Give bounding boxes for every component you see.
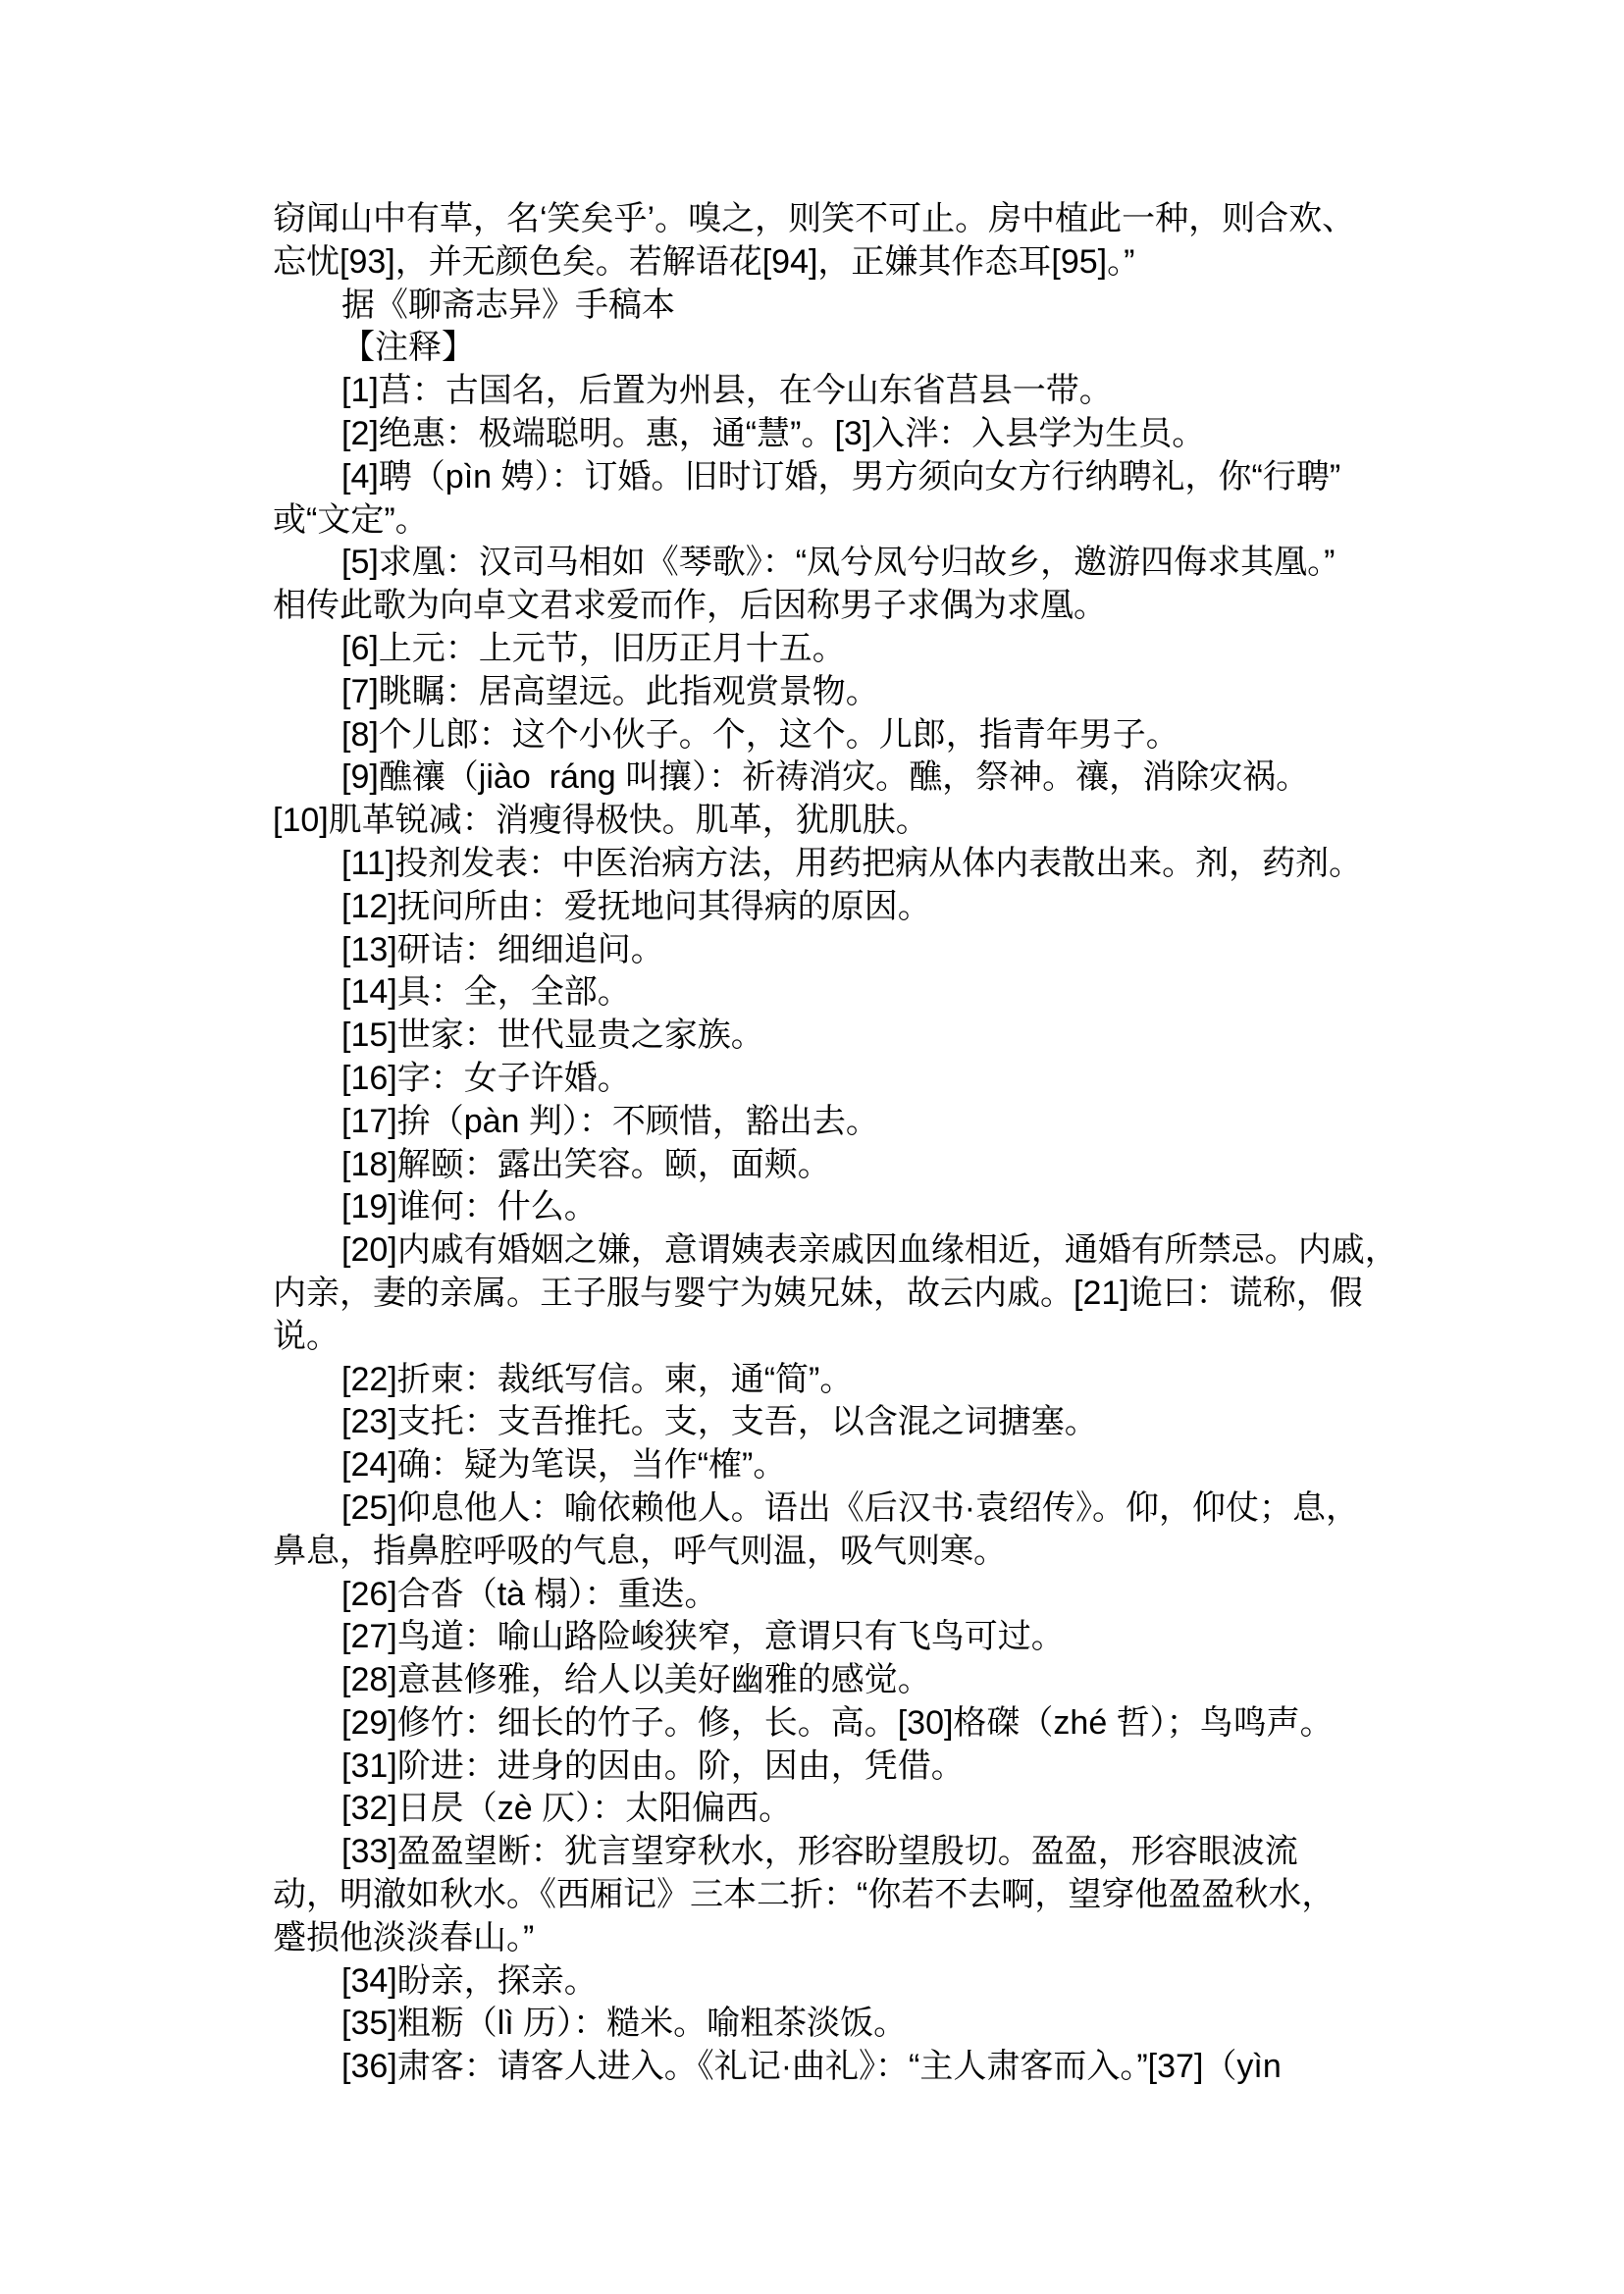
text-line: 内亲，妻的亲属。王子服与婴宁为姨兄妹，故云内戚。[21]诡曰：谎称，假: [273, 1273, 1441, 1316]
text-line: [31]阶进：进身的因由。阶，因由，凭借。: [273, 1746, 1441, 1789]
text-line: 窃闻山中有草，名‘笑矣乎’。嗅之，则笑不可止。房中植此一种，则合欢、: [273, 198, 1441, 241]
text-line: 忘忧[93]，并无颜色矣。若解语花[94]，正嫌其作态耳[95]。”: [273, 241, 1441, 285]
text-line: [13]研诘：细细追问。: [273, 929, 1441, 972]
text-line: [19]谁何：什么。: [273, 1186, 1441, 1229]
text-line: [14]具：全，全部。: [273, 971, 1441, 1015]
text-line: [6]上元：上元节，旧历正月十五。: [273, 628, 1441, 671]
text-line: [9]醮禳（jiào ráng 叫攘）：祈祷消灾。醮，祭神。禳，消除灾祸。: [273, 756, 1441, 800]
text-line: 相传此歌为向卓文君求爱而作，后因称男子求偶为求凰。: [273, 585, 1441, 628]
text-line: [2]绝惠：极端聪明。惠，通“慧”。[3]入泮：入县学为生员。: [273, 413, 1441, 456]
annotation-text-block: 窃闻山中有草，名‘笑矣乎’。嗅之，则笑不可止。房中植此一种，则合欢、忘忧[93]…: [273, 198, 1441, 2089]
text-line: [27]鸟道：喻山路险峻狭窄，意谓只有飞鸟可过。: [273, 1616, 1441, 1659]
text-line: [29]修竹：细长的竹子。修，长。高。[30]格磔（zhé 哲）；鸟鸣声。: [273, 1702, 1441, 1746]
text-line: 鼻息，指鼻腔呼吸的气息，呼气则温，吸气则寒。: [273, 1531, 1441, 1574]
text-line: [11]投剂发表：中医治病方法，用药把病从体内表散出来。剂，药剂。: [273, 843, 1441, 886]
text-line: [16]字：女子许婚。: [273, 1058, 1441, 1101]
text-line: [10]肌革锐减：消瘦得极快。肌革，犹肌肤。: [273, 800, 1441, 843]
text-line: [28]意甚修雅，给人以美好幽雅的感觉。: [273, 1659, 1441, 1702]
text-line: [4]聘（pìn 娉）：订婚。旧时订婚，男方须向女方行纳聘礼，你“行聘”: [273, 456, 1441, 499]
text-line: [32]日昃（zè 仄）：太阳偏西。: [273, 1788, 1441, 1831]
text-line: 说。: [273, 1316, 1441, 1359]
text-line: [5]求凰：汉司马相如《琴歌》：“凤兮凤兮归故乡，邀游四侮求其凰。”: [273, 542, 1441, 585]
text-line: [22]折柬：裁纸写信。柬，通“简”。: [273, 1359, 1441, 1402]
text-line: 蹙损他淡淡春山。”: [273, 1917, 1441, 1960]
text-line: [24]确：疑为笔误，当作“榷”。: [273, 1444, 1441, 1487]
text-line: [36]肃客：请客人进入。《礼记·曲礼》：“主人肃客而入。”[37]（yìn: [273, 2046, 1441, 2089]
text-line: [18]解颐：露出笑容。颐，面颊。: [273, 1144, 1441, 1187]
text-line: [26]合沓（tà 榻）：重迭。: [273, 1574, 1441, 1617]
text-line: [20]内戚有婚姻之嫌，意谓姨表亲戚因血缘相近，通婚有所禁忌。内戚，: [273, 1229, 1441, 1273]
text-line: [34]盼亲，探亲。: [273, 1960, 1441, 2004]
text-line: 或“文定”。: [273, 499, 1441, 543]
text-line: [25]仰息他人：喻依赖他人。语出《后汉书·袁绍传》。仰，仰仗；息，: [273, 1487, 1441, 1531]
text-line: [1]莒：古国名，后置为州县，在今山东省莒县一带。: [273, 370, 1441, 413]
text-line: 据《聊斋志异》手稿本: [273, 285, 1441, 328]
text-line: 动，明澈如秋水。《西厢记》三本二折：“你若不去啊，望穿他盈盈秋水，: [273, 1874, 1441, 1917]
text-line: [35]粗粝（lì 历）：糙米。喻粗茶淡饭。: [273, 2003, 1441, 2046]
text-line: [15]世家：世代显贵之家族。: [273, 1015, 1441, 1058]
text-line: [8]个儿郎：这个小伙子。个，这个。儿郎，指青年男子。: [273, 714, 1441, 757]
text-line: [12]抚问所由：爱抚地问其得病的原因。: [273, 886, 1441, 929]
text-line: 【注释】: [273, 327, 1441, 370]
text-line: [33]盈盈望断：犹言望穿秋水，形容盼望殷切。盈盈，形容眼波流: [273, 1831, 1441, 1874]
text-line: [23]支托：支吾推托。支，支吾，以含混之词搪塞。: [273, 1401, 1441, 1444]
document-page: 窃闻山中有草，名‘笑矣乎’。嗅之，则笑不可止。房中植此一种，则合欢、忘忧[93]…: [0, 0, 1624, 2294]
text-line: [17]拚（pàn 判）：不顾惜，豁出去。: [273, 1101, 1441, 1144]
text-line: [7]眺瞩：居高望远。此指观赏景物。: [273, 671, 1441, 714]
